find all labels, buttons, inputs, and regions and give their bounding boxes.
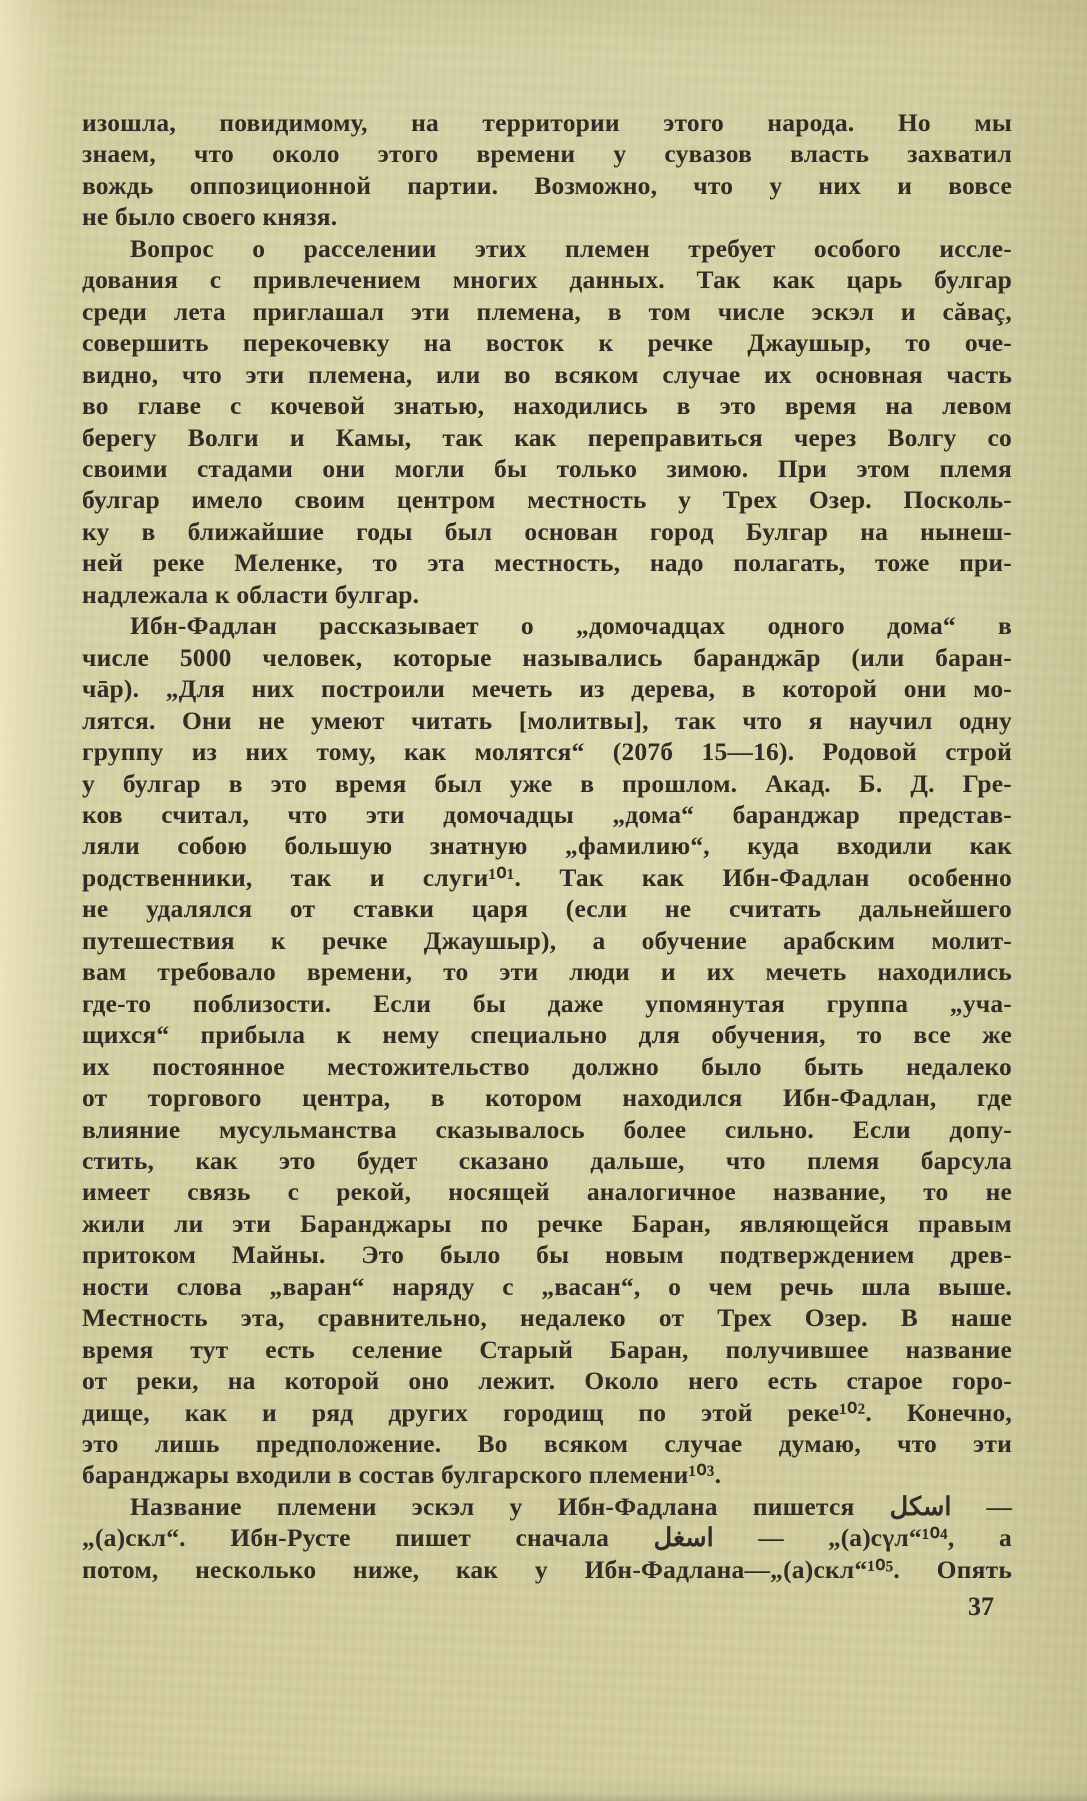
text-line: вам требовало времени, то эти люди и их … [82, 956, 1012, 987]
text-line: ков считал, что эти домочадцы „дома“ бар… [82, 799, 1012, 830]
text-line: лятся. Они не умеют читать [молитвы], та… [82, 705, 1012, 736]
text-line: „(а)скл“. Ибн-Русте пишет сначала اسغل‎ … [82, 1522, 1012, 1553]
text-line: видно, что эти племена, или во всяком сл… [82, 359, 1012, 390]
text-line: родственники, так и слуги¹⁰¹. Так как Иб… [82, 862, 1012, 893]
text-line: дования с привлечением многих данных. Та… [82, 264, 1012, 295]
text-line: ляли собою большую знатную „фамилию“, ку… [82, 830, 1012, 861]
text-line: Ибн-Фадлан рассказывает о „домочадцах од… [82, 610, 1012, 641]
text-line: время тут есть селение Старый Баран, пол… [82, 1334, 1012, 1365]
text-line: влияние мусульманства сказывалось более … [82, 1114, 1012, 1145]
text-line: числе 5000 человек, которые назывались б… [82, 642, 1012, 673]
text-line: во главе с кочевой знатью, находились в … [82, 390, 1012, 421]
text-line: чāр). „Для них построили мечеть из дерев… [82, 673, 1012, 704]
text-line: группу из них тому, как молятся“ (207б 1… [82, 736, 1012, 767]
page-number: 37 [968, 1592, 1018, 1622]
text-line: среди лета приглашал эти племена, в том … [82, 296, 1012, 327]
text-line: булгар имело своим центром местность у Т… [82, 484, 1012, 515]
text-line: знаем, что около этого времени у сувазов… [82, 138, 1012, 169]
text-line: изошла, повидимому, на территории этого … [82, 107, 1012, 138]
text-line: совершить перекочевку на восток к речке … [82, 327, 1012, 358]
text-line: ней реке Меленке, то эта местность, надо… [82, 547, 1012, 578]
text-line: их постоянное местожительство должно был… [82, 1051, 1012, 1082]
text-line: Местность эта, сравнительно, недалеко от… [82, 1302, 1012, 1333]
text-line: от реки, на которой оно лежит. Около нег… [82, 1365, 1012, 1396]
text-line: Название племени эскэл у Ибн-Фадлана пиш… [82, 1491, 1012, 1522]
page-text: изошла, повидимому, на территории этого … [82, 107, 1012, 1585]
text-line: не было своего князя. [82, 201, 1012, 232]
text-line: щихся“ прибыла к нему специально для обу… [82, 1019, 1012, 1050]
text-line: ку в ближайшие годы был основан город Бу… [82, 516, 1012, 547]
text-line: это лишь предположение. Во всяком случае… [82, 1428, 1012, 1459]
text-line: притоком Майны. Это было бы новым подтве… [82, 1239, 1012, 1270]
text-line: потом, несколько ниже, как у Ибн-Фадлана… [82, 1554, 1012, 1585]
text-line: дище, как и ряд других городищ по этой р… [82, 1397, 1012, 1428]
text-line: стить, как это будет сказано дальше, что… [82, 1145, 1012, 1176]
text-line: где-то поблизости. Если бы даже упомянут… [82, 988, 1012, 1019]
text-line: у булгар в это время был уже в прошлом. … [82, 768, 1012, 799]
text-line: Вопрос о расселении этих племен требует … [82, 233, 1012, 264]
text-line: от торгового центра, в котором находился… [82, 1082, 1012, 1113]
text-line: надлежала к области булгар. [82, 579, 1012, 610]
text-line: жили ли эти Баранджары по речке Баран, я… [82, 1208, 1012, 1239]
text-line: путешествия к речке Джаушыр), а обучение… [82, 925, 1012, 956]
text-line: баранджары входили в состав булгарского … [82, 1459, 1012, 1490]
text-line: берегу Волги и Камы, так как переправить… [82, 422, 1012, 453]
text-line: ности слова „варан“ наряду с „васан“, о … [82, 1271, 1012, 1302]
text-line: не удалялся от ставки царя (если не счит… [82, 893, 1012, 924]
text-line: своими стадами они могли бы только зимою… [82, 453, 1012, 484]
text-line: вождь оппозиционной партии. Возможно, чт… [82, 170, 1012, 201]
text-line: имеет связь с рекой, носящей аналогичное… [82, 1176, 1012, 1207]
